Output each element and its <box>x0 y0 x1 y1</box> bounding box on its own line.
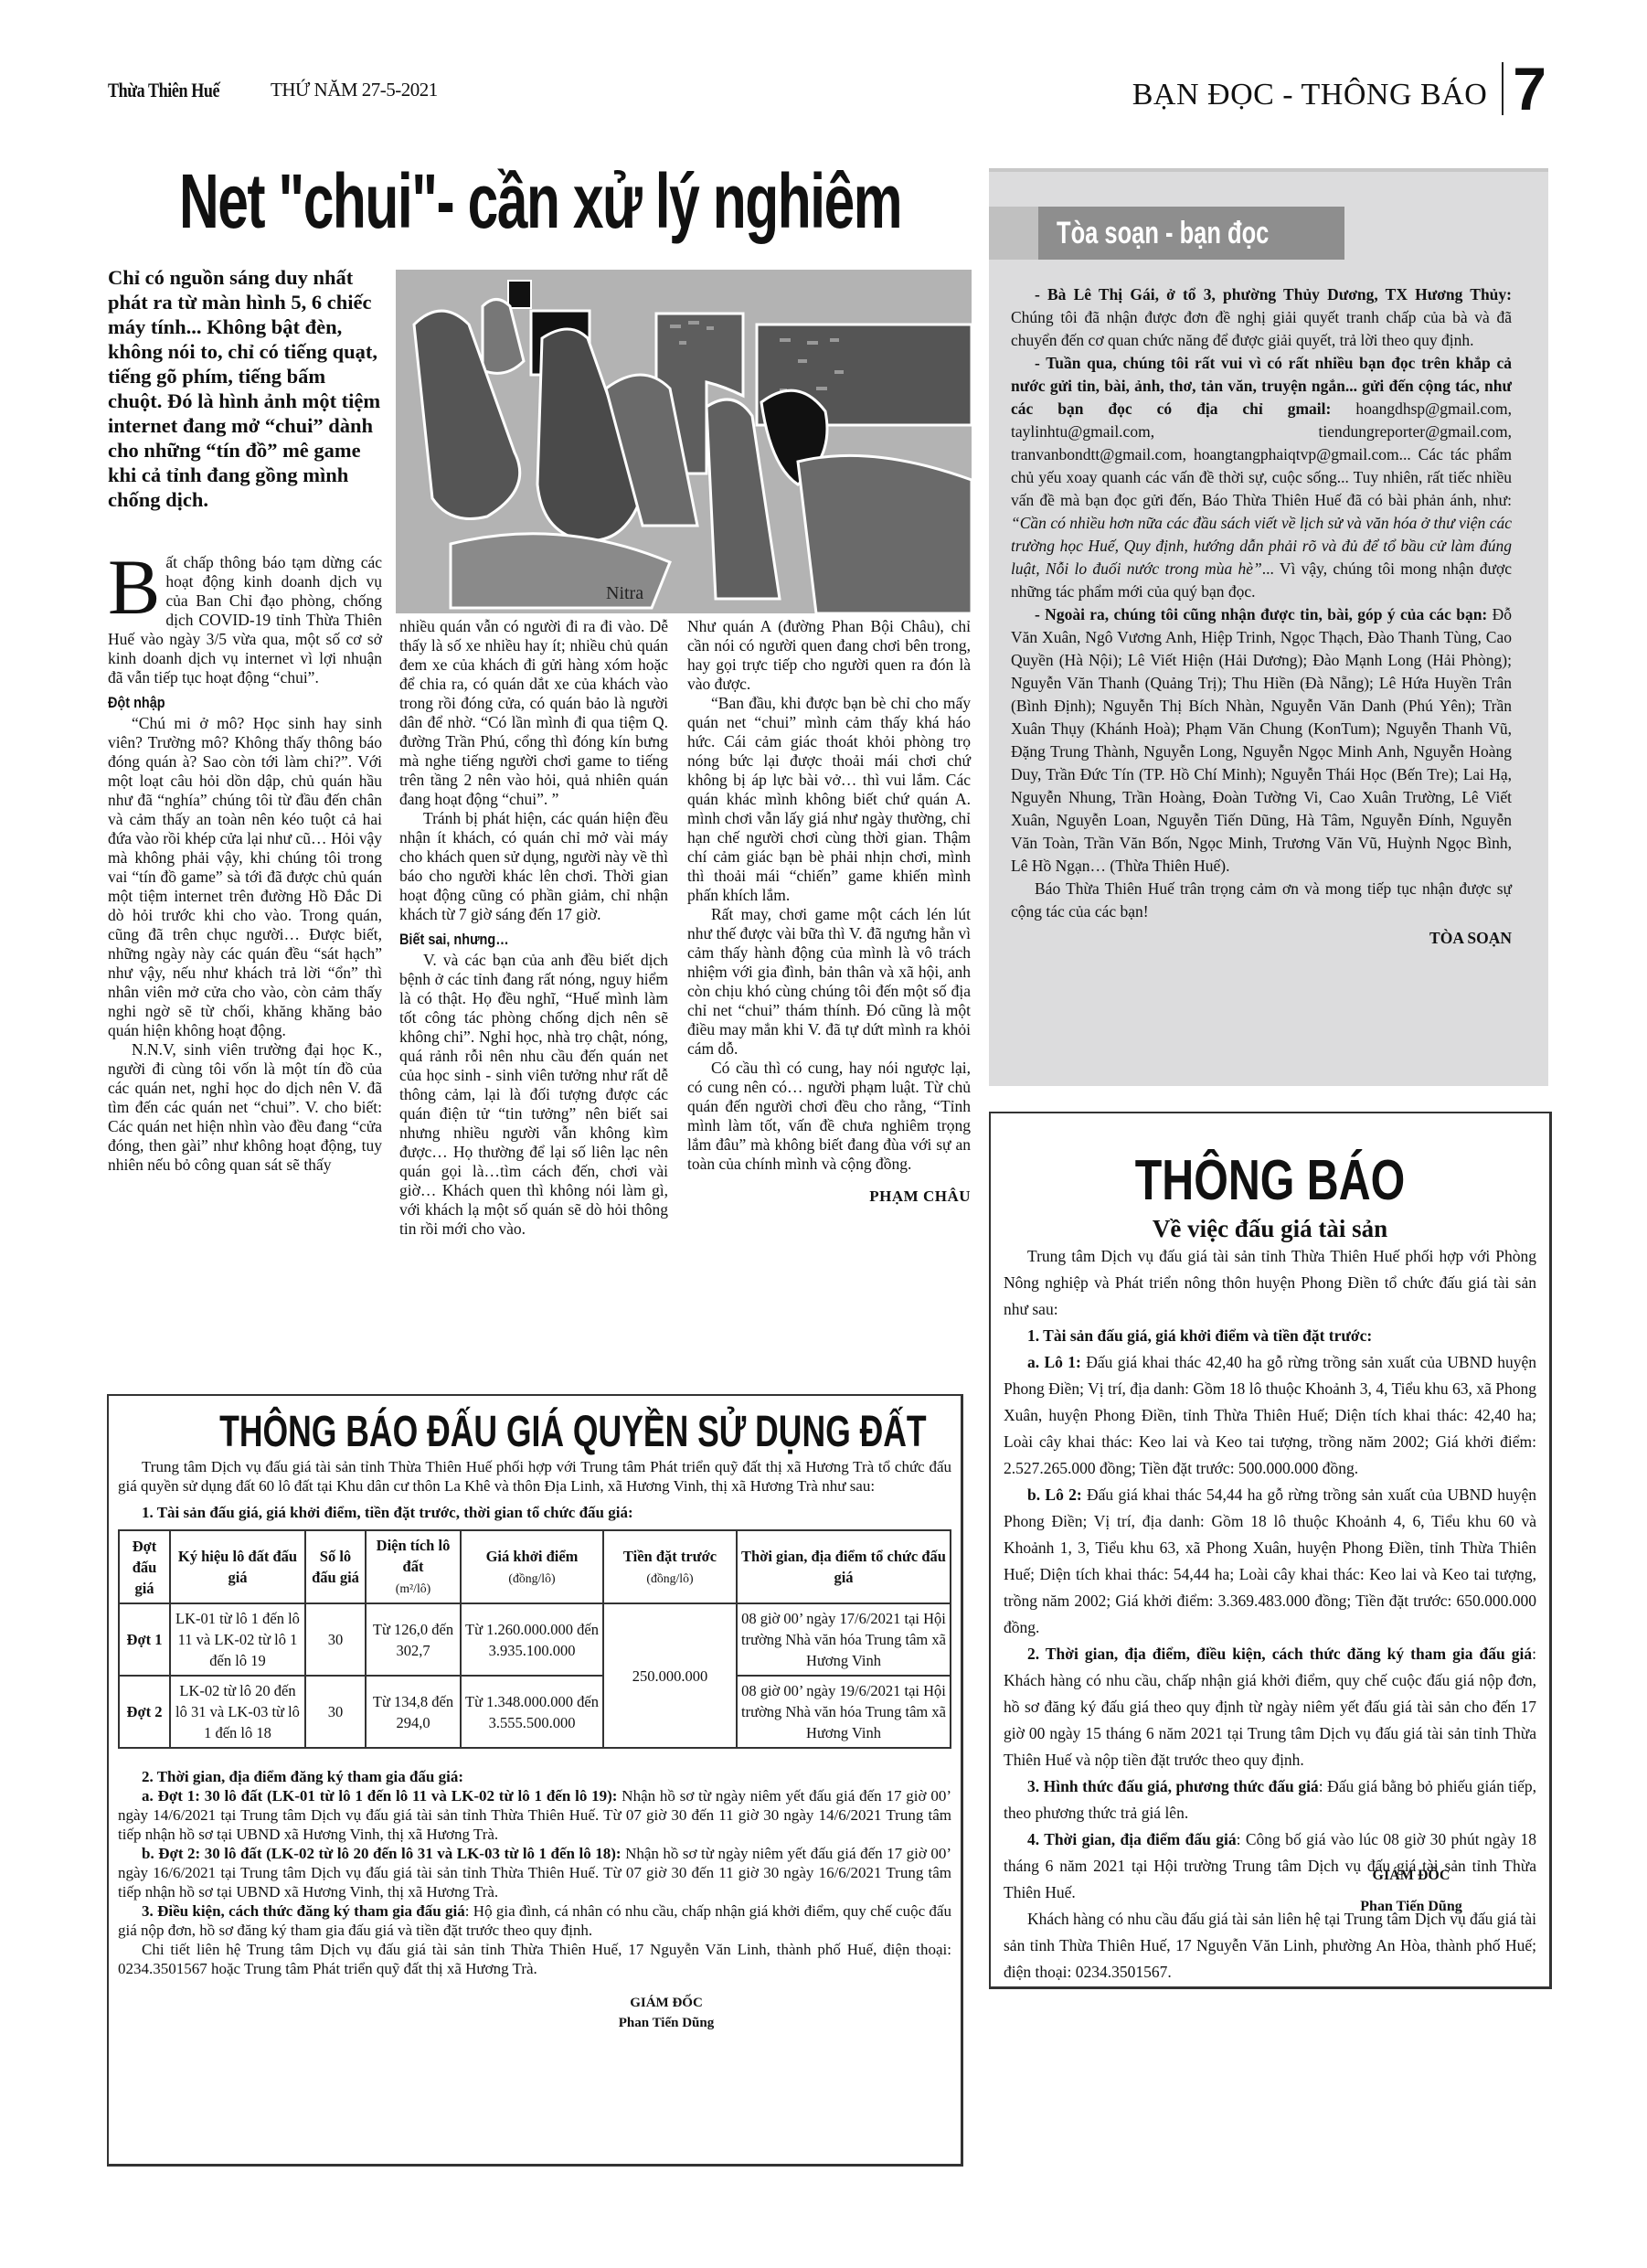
article-column-3: Như quán A (đường Phan Bội Châu), chỉ cầ… <box>687 617 971 1206</box>
internet-cafe-illustration-icon: Nitra <box>396 270 972 613</box>
reader-item-3: - Ngoài ra, chúng tôi cũng nhận được tin… <box>1011 603 1512 878</box>
paragraph: nhiều quán vẫn có người đi ra đi vào. Dễ… <box>399 617 668 809</box>
table-row: Đợt 1 LK-01 từ lô 1 đến lô 11 và LK-02 t… <box>119 1603 951 1676</box>
article-column-2: nhiều quán vẫn có người đi ra đi vào. Dễ… <box>399 617 668 1239</box>
notice-title: THÔNG BÁO <box>1052 1148 1488 1213</box>
reader-box-signature: TÒA SOẠN <box>1011 927 1512 950</box>
section-title: BẠN ĐỌC - THÔNG BÁO <box>1132 78 1503 112</box>
page-number: 7 <box>1513 59 1546 119</box>
lot-2: b. Lô 2: Đấu giá khai thác 54,44 ha gỗ r… <box>1004 1482 1536 1641</box>
article-headline: Net "chui"- cần xử lý nghiêm <box>179 163 751 240</box>
subhead-biet-sai: Biết sai, nhưng… <box>399 930 628 949</box>
svg-text:Nitra: Nitra <box>606 583 643 603</box>
reader-item-1: - Bà Lê Thị Gái, ở tổ 3, phường Thủy Dươ… <box>1011 283 1512 352</box>
land-notice-body: Trung tâm Dịch vụ đấu giá tài sản tỉnh T… <box>109 1457 961 2033</box>
land-notice-signature: GIÁM ĐỐC Phan Tiến Dũng <box>575 1993 758 2033</box>
lot-1: a. Lô 1: Đấu giá khai thác 42,40 ha gỗ r… <box>1004 1349 1536 1482</box>
reader-item-2: - Tuần qua, chúng tôi rất vui vì có rất … <box>1011 352 1512 603</box>
reader-letters-box: Tòa soạn - bạn đọc - Bà Lê Thị Gái, ở tổ… <box>989 168 1548 1086</box>
reader-box-body: - Bà Lê Thị Gái, ở tổ 3, phường Thủy Dươ… <box>1011 283 1512 950</box>
paragraph: Như quán A (đường Phan Bội Châu), chỉ cầ… <box>687 617 971 694</box>
auction-table: Đợt đấu giá Ký hiệu lô đất đấu giá Số lô… <box>118 1529 951 1749</box>
masthead: Thừa Thiên Huế THỨ NĂM 27-5-2021 BẠN ĐỌC… <box>108 66 1546 130</box>
issue-date: THỨ NĂM 27-5-2021 <box>271 79 438 101</box>
paragraph: Có cầu thì có cung, hay nói ngược lại, c… <box>687 1059 971 1174</box>
masthead-left: Thừa Thiên Huế THỨ NĂM 27-5-2021 <box>108 79 244 102</box>
article-column-1: Bất chấp thông báo tạm dừng các hoạt độn… <box>108 553 382 1175</box>
paragraph: Rất may, chơi game một cách lén lút như … <box>687 905 971 1059</box>
notice-subtitle: Về việc đấu giá tài sản <box>991 1215 1549 1243</box>
land-auction-notice: THÔNG BÁO ĐẤU GIÁ QUYỀN SỬ DỤNG ĐẤT Trun… <box>107 1394 963 2167</box>
drop-cap: B <box>108 557 160 617</box>
paragraph: N.N.V, sinh viên trường đại học K., ngườ… <box>108 1040 382 1175</box>
paragraph: “Chú mi ở mô? Học sinh hay sinh viên? Tr… <box>108 714 382 1040</box>
article-illustration: Nitra <box>396 270 972 613</box>
table-row: Đợt 2 LK-02 từ lô 20 đến lô 31 và LK-03 … <box>119 1676 951 1748</box>
masthead-divider <box>1502 62 1504 115</box>
tab-accent <box>989 207 1044 260</box>
lead-paragraph: Bất chấp thông báo tạm dừng các hoạt độn… <box>108 553 382 687</box>
article-sapo: Chỉ có nguồn sáng duy nhất phát ra từ mà… <box>108 265 382 512</box>
masthead-right: BẠN ĐỌC - THÔNG BÁO 7 <box>1132 59 1546 119</box>
paragraph: V. và các bạn của anh đều biết dịch bệnh… <box>399 951 668 1239</box>
deposit-cell: 250.000.000 <box>603 1603 737 1748</box>
table-header-row: Đợt đấu giá Ký hiệu lô đất đấu giá Số lô… <box>119 1530 951 1603</box>
reader-box-title: Tòa soạn - bạn đọc <box>1038 207 1344 260</box>
land-notice-title: THÔNG BÁO ĐẤU GIÁ QUYỀN SỬ DỤNG ĐẤT <box>219 1407 850 1457</box>
paper-name: Thừa Thiên Huế <box>108 79 219 102</box>
article-byline: PHẠM CHÂU <box>687 1187 971 1206</box>
reader-closing: Báo Thừa Thiên Huế trân trọng cảm ơn và … <box>1011 878 1512 923</box>
asset-auction-notice: THÔNG BÁO Về việc đấu giá tài sản Trung … <box>989 1112 1552 1989</box>
paragraph: “Ban đầu, khi được bạn bè chỉ cho mấy qu… <box>687 694 971 905</box>
subhead-dot-nhap: Đột nhập <box>108 693 341 712</box>
paragraph: Tránh bị phát hiện, các quán hiện đều nh… <box>399 809 668 924</box>
notice-signature: GIÁM ĐỐC Phan Tiến Dũng <box>1320 1860 1503 1922</box>
